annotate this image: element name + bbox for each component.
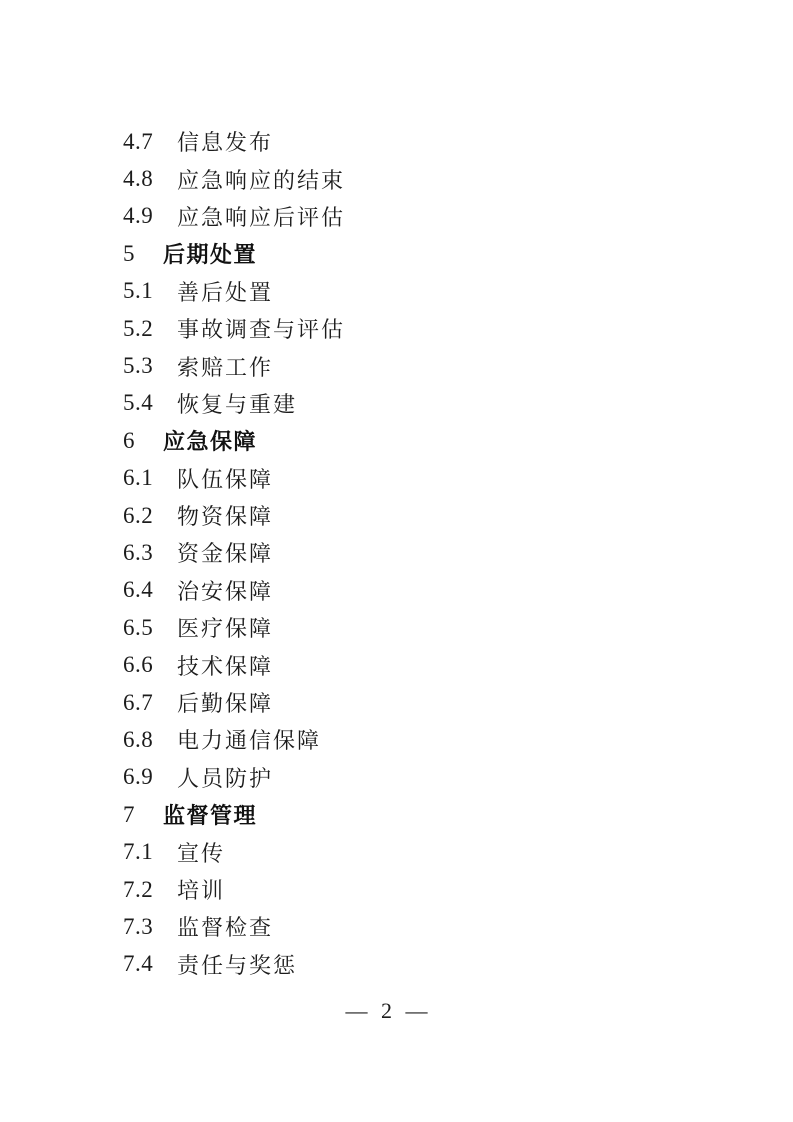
- toc-item-number: 5: [123, 241, 163, 267]
- toc-item-label: 责任与奖惩: [177, 949, 297, 980]
- toc-row: 7.3 监督检查: [123, 908, 733, 945]
- toc-row: 5.1 善后处置: [123, 273, 733, 310]
- toc-row: 6.9 人员防护: [123, 759, 733, 796]
- toc-row: 7.2 培训: [123, 871, 733, 908]
- toc-row: 6.5 医疗保障: [123, 609, 733, 646]
- toc-row: 6.7 后勤保障: [123, 684, 733, 721]
- toc-item-number: 6.1: [123, 465, 177, 491]
- toc-item-number: 6.9: [123, 764, 177, 790]
- toc-item-number: 6.2: [123, 503, 177, 529]
- toc-item-label: 资金保障: [177, 537, 273, 568]
- toc-row: 4.8 应急响应的结束: [123, 160, 733, 197]
- toc-item-label: 应急保障: [163, 425, 257, 456]
- toc-row: 5.2 事故调查与评估: [123, 310, 733, 347]
- toc-row: 4.9 应急响应后评估: [123, 198, 733, 235]
- toc-item-label: 培训: [177, 874, 225, 905]
- toc-row: 6.8 电力通信保障: [123, 721, 733, 758]
- toc-item-number: 5.4: [123, 390, 177, 416]
- toc-item-label: 队伍保障: [177, 463, 273, 494]
- toc-item-label: 治安保障: [177, 575, 273, 606]
- toc-item-number: 4.8: [123, 166, 177, 192]
- toc-item-label: 事故调查与评估: [177, 313, 345, 344]
- toc-item-number: 7.4: [123, 951, 177, 977]
- page-number: — 2 —: [346, 998, 432, 1023]
- toc-list: 4.7 信息发布 4.8 应急响应的结束 4.9 应急响应后评估 5 后期处置 …: [123, 123, 733, 983]
- toc-row: 6.1 队伍保障: [123, 460, 733, 497]
- toc-item-number: 4.9: [123, 203, 177, 229]
- toc-item-label: 后勤保障: [177, 687, 273, 718]
- toc-item-number: 6.4: [123, 577, 177, 603]
- toc-item-number: 6: [123, 428, 163, 454]
- toc-item-label: 索赔工作: [177, 351, 273, 382]
- toc-item-number: 6.3: [123, 540, 177, 566]
- toc-row: 5.3 索赔工作: [123, 347, 733, 384]
- toc-item-label: 应急响应后评估: [177, 201, 345, 232]
- toc-row: 4.7 信息发布: [123, 123, 733, 160]
- toc-item-label: 宣传: [177, 837, 225, 868]
- document-page: 4.7 信息发布 4.8 应急响应的结束 4.9 应急响应后评估 5 后期处置 …: [0, 0, 793, 1122]
- toc-item-label: 电力通信保障: [177, 724, 321, 755]
- toc-item-label: 人员防护: [177, 762, 273, 793]
- toc-item-label: 信息发布: [177, 126, 273, 157]
- toc-item-number: 5.2: [123, 316, 177, 342]
- toc-row: 6.6 技术保障: [123, 646, 733, 683]
- toc-item-label: 技术保障: [177, 650, 273, 681]
- toc-item-number: 7.1: [123, 839, 177, 865]
- toc-item-number: 7: [123, 802, 163, 828]
- toc-item-label: 应急响应的结束: [177, 164, 345, 195]
- toc-item-number: 7.2: [123, 877, 177, 903]
- toc-row: 7.1 宣传: [123, 833, 733, 870]
- toc-item-label: 物资保障: [177, 500, 273, 531]
- toc-item-number: 6.5: [123, 615, 177, 641]
- toc-item-label: 医疗保障: [177, 612, 273, 643]
- toc-row: 6.4 治安保障: [123, 572, 733, 609]
- toc-item-number: 6.6: [123, 652, 177, 678]
- toc-row: 5.4 恢复与重建: [123, 385, 733, 422]
- toc-item-number: 4.7: [123, 129, 177, 155]
- toc-row: 6.3 资金保障: [123, 534, 733, 571]
- toc-item-number: 5.3: [123, 353, 177, 379]
- page-footer: — 2 —: [0, 998, 777, 1024]
- toc-row: 6.2 物资保障: [123, 497, 733, 534]
- toc-item-number: 7.3: [123, 914, 177, 940]
- toc-item-label: 恢复与重建: [177, 388, 297, 419]
- toc-row: 6 应急保障: [123, 422, 733, 459]
- toc-row: 7 监督管理: [123, 796, 733, 833]
- toc-item-label: 监督检查: [177, 911, 273, 942]
- toc-item-number: 6.7: [123, 690, 177, 716]
- toc-item-label: 善后处置: [177, 276, 273, 307]
- toc-item-label: 后期处置: [163, 238, 257, 269]
- toc-item-label: 监督管理: [163, 799, 257, 830]
- toc-row: 7.4 责任与奖惩: [123, 946, 733, 983]
- toc-item-number: 5.1: [123, 278, 177, 304]
- toc-item-number: 6.8: [123, 727, 177, 753]
- toc-row: 5 后期处置: [123, 235, 733, 272]
